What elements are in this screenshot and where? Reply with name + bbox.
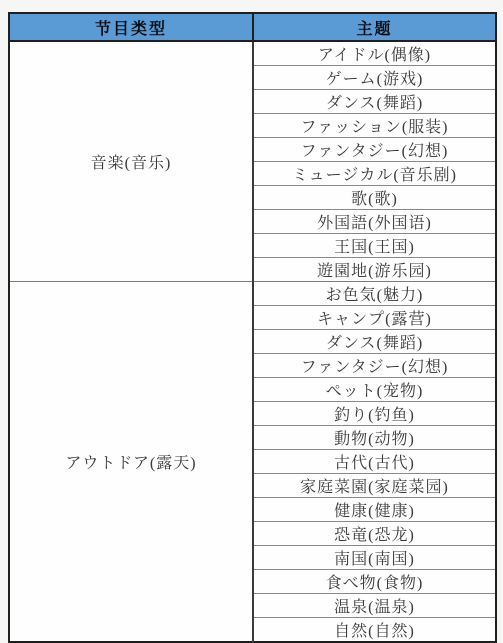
theme-cell: ミュージカル(音乐剧) <box>253 162 496 186</box>
theme-cell: ゲーム(游戏) <box>253 66 496 90</box>
table-row: 音楽(音乐) アイドル(偶像) <box>9 41 496 66</box>
theme-cell: アイドル(偶像) <box>253 41 496 66</box>
theme-cell: 王国(王国) <box>253 234 496 258</box>
theme-cell: 健康(健康) <box>253 498 496 522</box>
theme-cell: ダンス(舞蹈) <box>253 90 496 114</box>
theme-cell: 釣り(钓鱼) <box>253 402 496 426</box>
program-theme-table-container: 节目类型 主题 音楽(音乐) アイドル(偶像) ゲーム(游戏) ダンス(舞蹈) … <box>8 12 497 638</box>
header-cell-program-type: 节目类型 <box>9 13 253 41</box>
theme-cell: ファッション(服装) <box>253 114 496 138</box>
header-cell-theme: 主题 <box>253 13 496 41</box>
theme-cell: ファンタジー(幻想) <box>253 354 496 378</box>
theme-cell: 南国(南国) <box>253 546 496 570</box>
category-cell-music: 音楽(音乐) <box>9 41 253 282</box>
table-row: アウトドア(露天) お色気(魅力) <box>9 282 496 306</box>
theme-cell: 遊園地(游乐园) <box>253 258 496 282</box>
theme-cell: 家庭菜園(家庭菜园) <box>253 474 496 498</box>
theme-cell: お色気(魅力) <box>253 282 496 306</box>
theme-cell: 食べ物(食物) <box>253 570 496 594</box>
theme-cell: 温泉(温泉) <box>253 594 496 618</box>
theme-cell: ペット(宠物) <box>253 378 496 402</box>
theme-cell: 動物(动物) <box>253 426 496 450</box>
theme-cell: 古代(古代) <box>253 450 496 474</box>
theme-cell: 自然(自然) <box>253 618 496 639</box>
theme-cell: ダンス(舞蹈) <box>253 330 496 354</box>
category-cell-outdoor: アウトドア(露天) <box>9 282 253 639</box>
program-theme-table: 节目类型 主题 音楽(音乐) アイドル(偶像) ゲーム(游戏) ダンス(舞蹈) … <box>8 12 497 638</box>
header-row: 节目类型 主题 <box>9 13 496 41</box>
theme-cell: キャンプ(露营) <box>253 306 496 330</box>
theme-cell: 恐竜(恐龙) <box>253 522 496 546</box>
theme-cell: 外国語(外国语) <box>253 210 496 234</box>
theme-cell: ファンタジー(幻想) <box>253 138 496 162</box>
theme-cell: 歌(歌) <box>253 186 496 210</box>
